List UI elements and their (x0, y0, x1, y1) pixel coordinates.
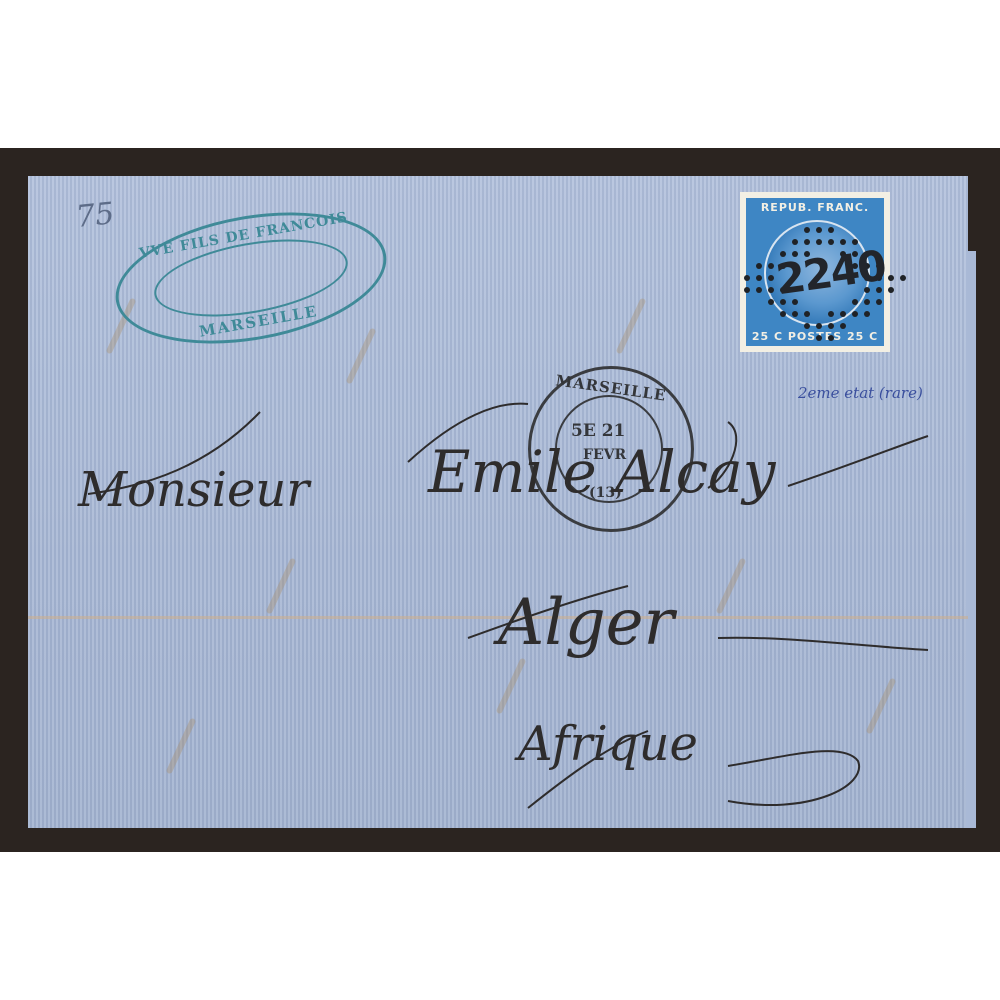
stain (716, 558, 747, 615)
stain (616, 298, 647, 355)
stain (166, 718, 197, 775)
stain (866, 678, 897, 735)
stain (266, 558, 297, 615)
address-region: Afrique (518, 716, 698, 772)
address-salutation: Monsieur (78, 462, 309, 518)
stain (346, 328, 377, 385)
stamp-note: 2eme etat (rare) (798, 384, 923, 402)
letter-flap-edge (966, 251, 976, 828)
sender-cachet: VVE FILS DE FRANCOIS MARSEILLE (105, 193, 396, 363)
pencil-note: 75 (74, 196, 116, 235)
address-city: Alger (498, 586, 674, 660)
address-recipient-name: Emile Alcay (428, 438, 775, 506)
stain (496, 658, 527, 715)
letter-sheet: 75 VVE FILS DE FRANCOIS MARSEILLE REPUB.… (28, 176, 968, 828)
